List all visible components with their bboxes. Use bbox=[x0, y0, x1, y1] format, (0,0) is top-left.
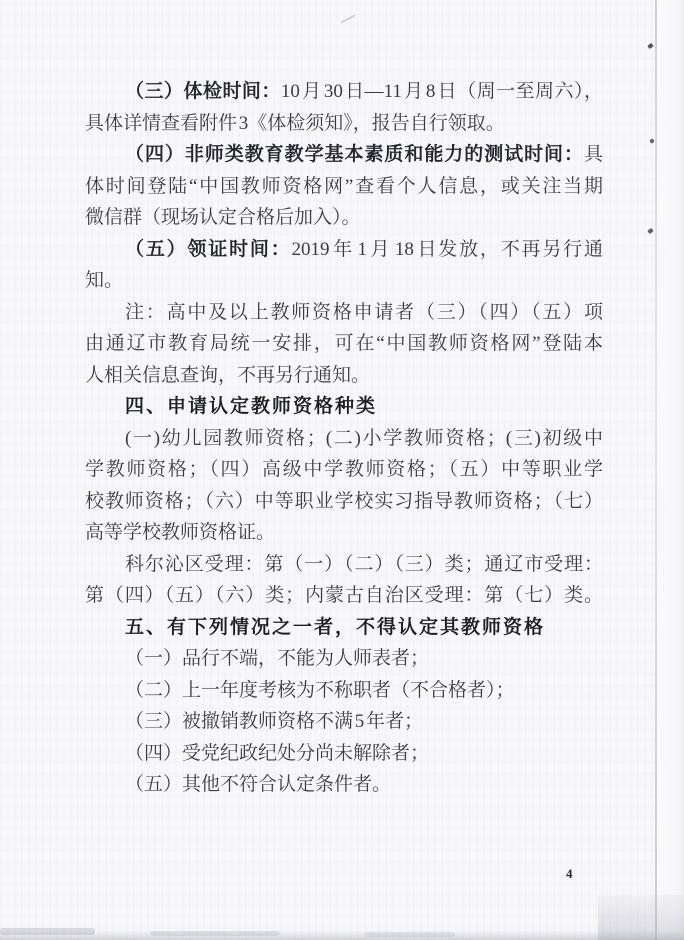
scan-bottom-edge bbox=[0, 930, 684, 940]
bold-text-run: 五、有下列情况之一者，不得认定其教师资格 bbox=[125, 617, 545, 638]
document-line: （五）其他不符合认定条件者。 bbox=[85, 769, 603, 801]
document-line: 由通辽市教育局统一安排，可在“中国教师资格网”登陆本 bbox=[85, 328, 603, 360]
document-line: 注：高中及以上教师资格申请者（三）（四）（五）项 bbox=[85, 297, 603, 329]
text-run: （二）上一年度考核为不称职者（不合格者）； bbox=[125, 680, 515, 701]
text-run: 校教师资格；（六）中等职业学校实习指导教师资格；（七） bbox=[85, 491, 603, 512]
text-run: 高等学校教师资格证。 bbox=[85, 522, 275, 543]
page-number: 4 bbox=[566, 866, 573, 882]
text-run: 2019 年 1 月 18 日发放，不再另行通 bbox=[292, 239, 603, 260]
document-line: 第（四）（五）（六）类；内蒙古自治区受理：第（七）类。 bbox=[85, 580, 603, 612]
document-line: 高等学校教师资格证。 bbox=[85, 517, 603, 549]
text-run: 注：高中及以上教师资格申请者（三）（四）（五）项 bbox=[125, 302, 603, 323]
bold-text-run: （三）体检时间： bbox=[125, 81, 281, 102]
document-line: 具体详情查看附件 3《体检须知》，报告自行领取。 bbox=[85, 108, 603, 140]
document-line: （四）非师类教育教学基本素质和能力的测试时间：具 bbox=[85, 139, 603, 171]
text-run: 具 bbox=[584, 144, 603, 165]
document-line: 知。 bbox=[85, 265, 603, 297]
bold-text-run: （五）领证时间： bbox=[125, 239, 292, 260]
document-line: （二）上一年度考核为不称职者（不合格者）； bbox=[85, 675, 603, 707]
document-line: （四）受党纪政纪处分尚未解除者； bbox=[85, 738, 603, 770]
document-line: （一）品行不端，不能为人师表者； bbox=[85, 643, 603, 675]
document-line: （五）领证时间：2019 年 1 月 18 日发放，不再另行通 bbox=[85, 234, 603, 266]
document-line: 微信群（现场认定合格后加入）。 bbox=[85, 202, 603, 234]
document-line: 校教师资格；（六）中等职业学校实习指导教师资格；（七） bbox=[85, 486, 603, 518]
text-run: 微信群（现场认定合格后加入）。 bbox=[85, 207, 361, 228]
text-run: 知。 bbox=[85, 270, 123, 291]
document-line: （三）被撤销教师资格不满 5 年者； bbox=[85, 706, 603, 738]
text-run: 科尔沁区受理：第（一）（二）（三）类；通辽市受理： bbox=[125, 554, 603, 575]
text-run: 具体详情查看附件 3《体检须知》，报告自行领取。 bbox=[85, 113, 505, 134]
scan-edge-strip bbox=[657, 0, 684, 940]
section-heading: 四、申请认定教师资格种类 bbox=[85, 391, 603, 423]
document-line: 科尔沁区受理：第（一）（二）（三）类；通辽市受理： bbox=[85, 549, 603, 581]
text-run: 学教师资格；（四）高级中学教师资格；（五）中等职业学 bbox=[85, 459, 603, 480]
document-line: （三）体检时间：10 月 30 日—11 月 8 日（周一至周六）， bbox=[85, 76, 603, 108]
text-run: （五）其他不符合认定条件者。 bbox=[125, 774, 391, 795]
scan-noise-mark bbox=[340, 14, 355, 23]
text-run: (一)幼儿园教师资格；(二)小学教师资格；(三)初级中 bbox=[125, 428, 603, 449]
document-line: 体时间登陆“中国教师资格网”查看个人信息，或关注当期 bbox=[85, 171, 603, 203]
text-run: 体时间登陆“中国教师资格网”查看个人信息，或关注当期 bbox=[85, 176, 603, 197]
text-run: （四）受党纪政纪处分尚未解除者； bbox=[125, 743, 429, 764]
scanned-document-page: （三）体检时间：10 月 30 日—11 月 8 日（周一至周六），具体详情查看… bbox=[0, 0, 684, 940]
bold-text-run: （四）非师类教育教学基本素质和能力的测试时间： bbox=[125, 144, 584, 165]
bold-text-run: 四、申请认定教师资格种类 bbox=[125, 396, 377, 417]
text-run: 第（四）（五）（六）类；内蒙古自治区受理：第（七）类。 bbox=[85, 585, 603, 606]
document-line: (一)幼儿园教师资格；(二)小学教师资格；(三)初级中 bbox=[85, 423, 603, 455]
text-run: 人相关信息查询，不再另行通知。 bbox=[85, 365, 370, 386]
scan-speck bbox=[647, 228, 653, 234]
document-line: 人相关信息查询，不再另行通知。 bbox=[85, 360, 603, 392]
text-run: （一）品行不端，不能为人师表者； bbox=[125, 648, 429, 669]
scan-speck bbox=[649, 138, 655, 144]
text-run: 10 月 30 日—11 月 8 日（周一至周六）， bbox=[281, 81, 603, 102]
section-heading: 五、有下列情况之一者，不得认定其教师资格 bbox=[85, 612, 603, 644]
text-run: 由通辽市教育局统一安排，可在“中国教师资格网”登陆本 bbox=[85, 333, 603, 354]
scan-speck bbox=[647, 43, 653, 49]
document-line: 学教师资格；（四）高级中学教师资格；（五）中等职业学 bbox=[85, 454, 603, 486]
document-body: （三）体检时间：10 月 30 日—11 月 8 日（周一至周六），具体详情查看… bbox=[85, 76, 603, 801]
text-run: （三）被撤销教师资格不满 5 年者； bbox=[125, 711, 423, 732]
